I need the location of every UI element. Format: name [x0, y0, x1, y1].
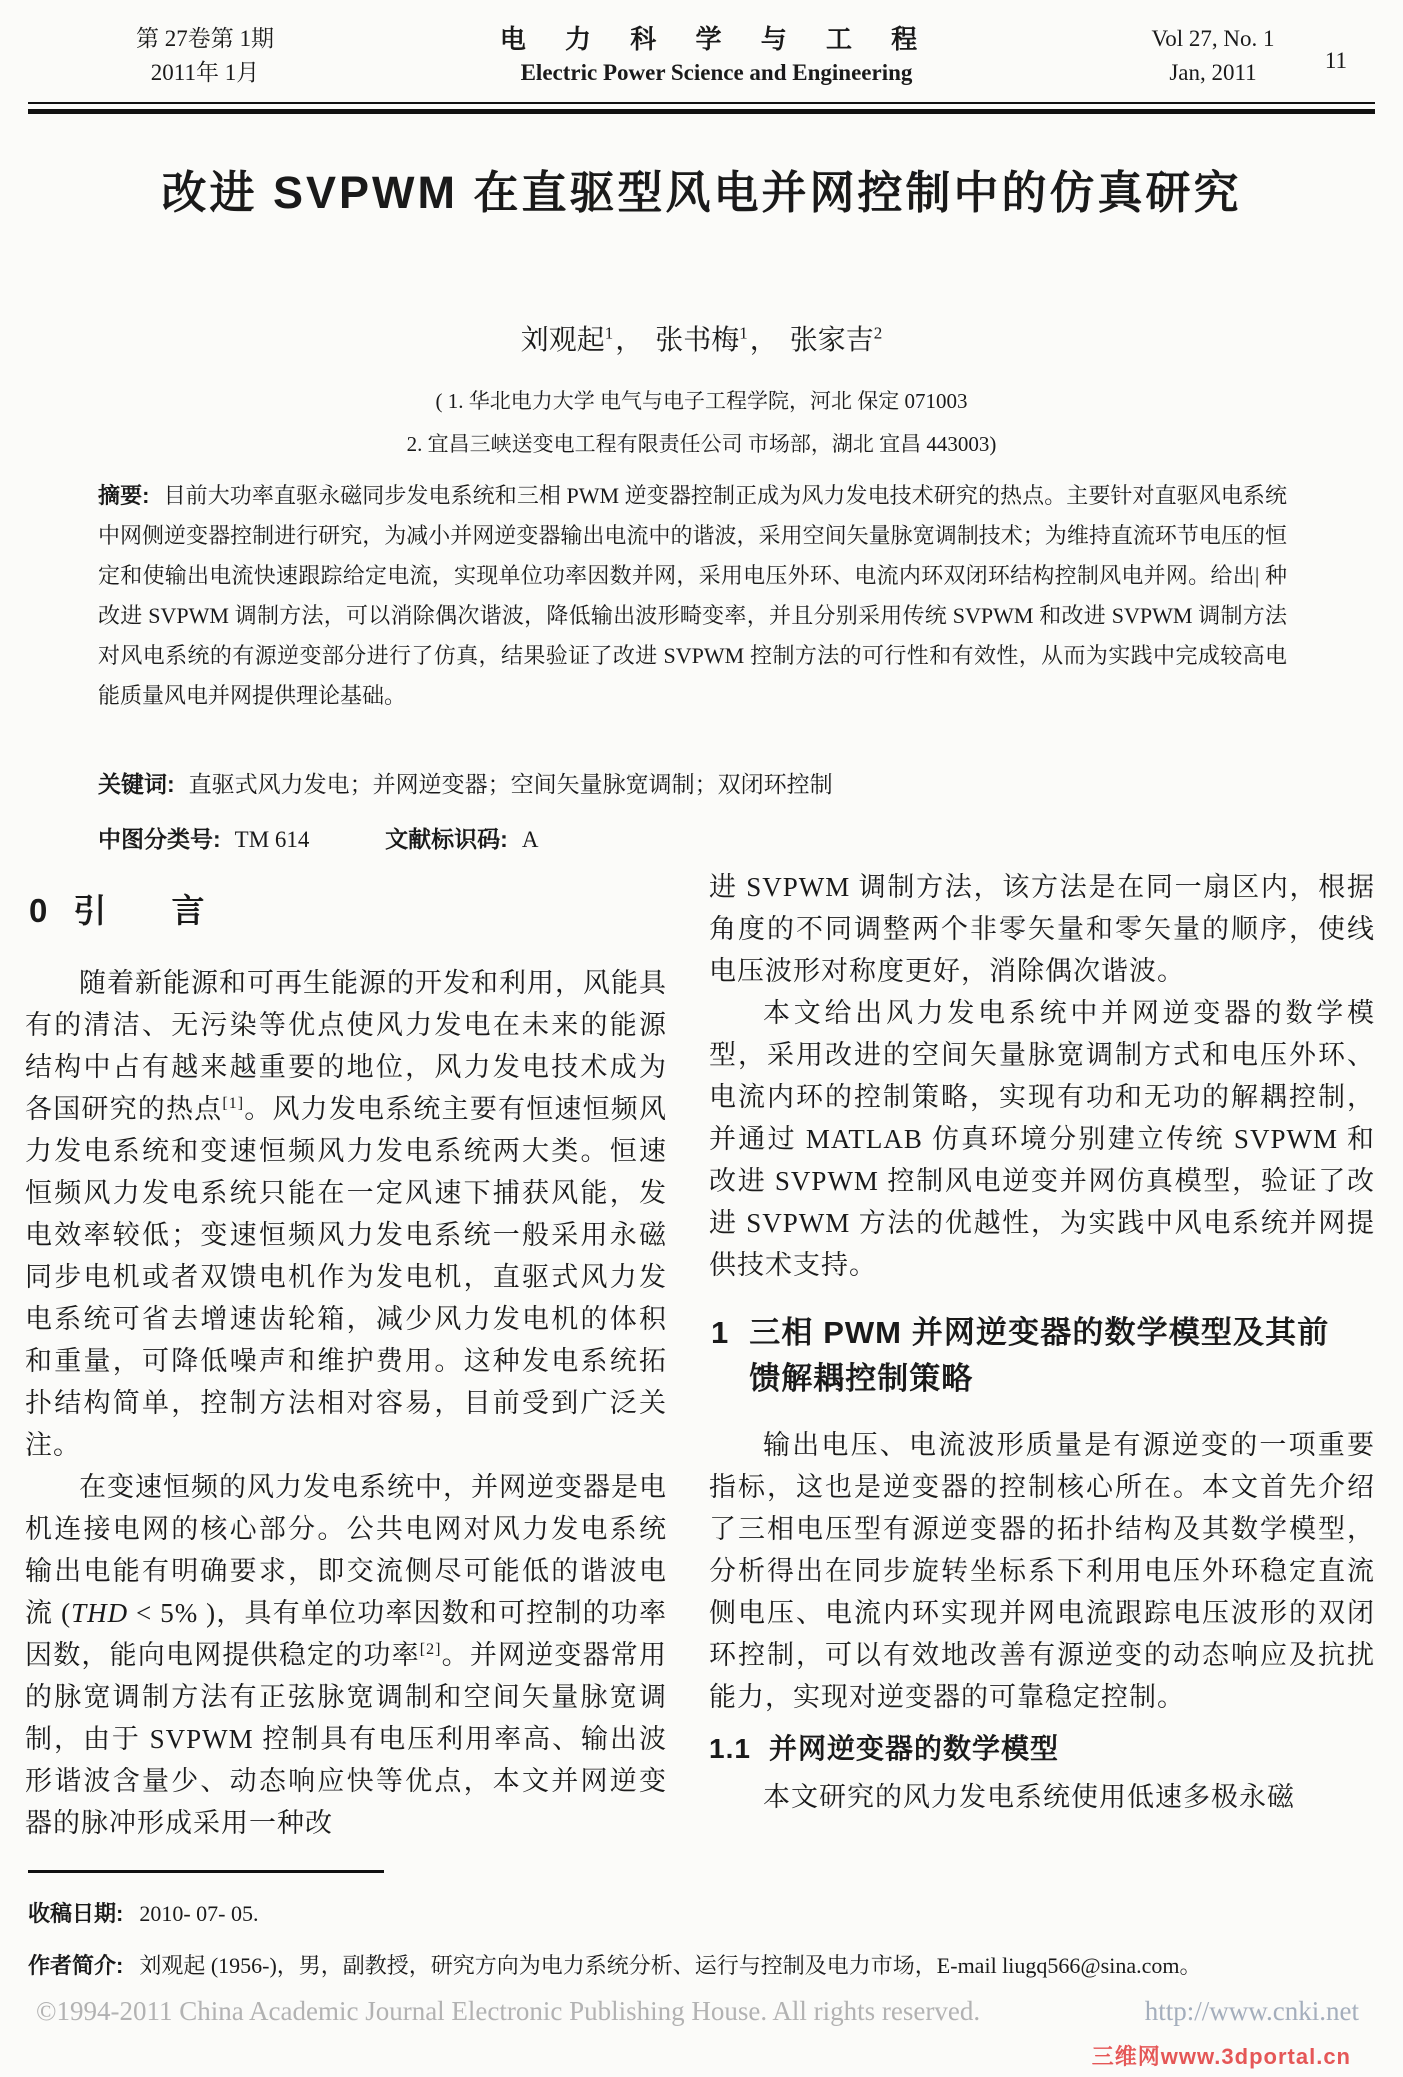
reference-superscript: [1] [222, 1095, 244, 1112]
abstract-label: 摘要: [98, 483, 149, 508]
footnote-block: 收稿日期:2010- 07- 05. 作者简介:刘观起 (1956-)，男，副教… [28, 1870, 1373, 1999]
journal-header: 第 27卷第 1期 2011年 1月 电 力 科 学 与 工 程 Electri… [40, 22, 1363, 90]
received-date-line: 收稿日期:2010- 07- 05. [28, 1895, 1373, 1933]
body-paragraph: 本文给出风力发电系统中并网逆变器的数学模型，采用改进的空间矢量脉宽调制方式和电压… [709, 992, 1375, 1286]
journal-title-en: Electric Power Science and Engineering [370, 56, 1063, 90]
clc-value: TM 614 [235, 827, 310, 852]
clc-line: 中图分类号:TM 614 文献标识码:A [98, 821, 1287, 854]
section-1-heading: 1 三相 PWM 并网逆变器的数学模型及其前馈解耦控制策略 [709, 1310, 1375, 1402]
section-number: 0 [29, 890, 47, 932]
journal-title-cn: 电 力 科 学 与 工 程 [370, 22, 1063, 56]
abstract-text: 目前大功率直驱永磁同步发电系统和三相 PWM 逆变器控制正成为风力发电技术研究的… [98, 483, 1287, 708]
left-column: 0 引 言 随着新能源和可再生能源的开发和利用，风能具有的清洁、无污染等优点使风… [25, 866, 667, 1844]
page-number: 11 [1325, 48, 1347, 74]
subsection-heading: 1.1并网逆变器的数学模型 [709, 1728, 1375, 1770]
footnote-rule [28, 1870, 384, 1873]
author-name: 刘观起 [521, 325, 605, 356]
intro-paragraph-2: 在变速恒频的风力发电系统中，并网逆变器是电机连接电网的核心部分。公共电网对风力发… [25, 1466, 667, 1844]
author-3: 张家吉2 [790, 325, 883, 356]
author-superscript: 1 [605, 324, 614, 343]
copyright-text: ©1994-2011 China Academic Journal Electr… [36, 1996, 980, 2027]
author-name: 张书梅 [655, 325, 739, 356]
author-bio-label: 作者简介: [28, 1953, 123, 1978]
cnki-url: http://www.cnki.net [1145, 1996, 1359, 2027]
abstract-block: 摘要:目前大功率直驱永磁同步发电系统和三相 PWM 逆变器控制正成为风力发电技术… [98, 476, 1287, 716]
header-center: 电 力 科 学 与 工 程 Electric Power Science and… [370, 22, 1063, 90]
section-number: 1 [711, 1310, 729, 1402]
section-title: 三相 PWM 并网逆变器的数学模型及其前馈解耦控制策略 [749, 1310, 1329, 1402]
author-bio-line: 作者简介:刘观起 (1956-)，男，副教授，研究方向为电力系统分析、运行与控制… [28, 1947, 1373, 1985]
keywords-label: 关键词: [98, 771, 175, 797]
journal-page: 第 27卷第 1期 2011年 1月 电 力 科 学 与 工 程 Electri… [0, 0, 1403, 2077]
article-title: 改进 SVPWM 在直驱型风电并网控制中的仿真研究 [0, 156, 1403, 221]
section-0-heading: 0 引 言 [29, 890, 667, 932]
doc-code-label: 文献标识码: [385, 826, 508, 852]
volume-issue-cn: 第 27卷第 1期 [40, 22, 370, 56]
intro-paragraph-1: 随着新能源和可再生能源的开发和利用，风能具有的清洁、无污染等优点使风力发电在未来… [25, 962, 667, 1466]
author-1: 刘观起1 [521, 325, 614, 356]
volume-issue-en: Vol 27, No. 1 [1063, 22, 1363, 56]
affiliations: ( 1. 华北电力大学 电气与电子工程学院，河北 保定 071003 2. 宜昌… [0, 380, 1403, 466]
continued-paragraph: 进 SVPWM 调制方法，该方法是在同一扇区内，根据角度的不同调整两个非零矢量和… [709, 866, 1375, 992]
body-paragraph: 本文研究的风力发电系统使用低速多极永磁 [709, 1776, 1375, 1818]
red-watermark: 三维网www.3dportal.cn [1092, 2040, 1351, 2071]
received-date-label: 收稿日期: [28, 1901, 123, 1926]
author-name: 张家吉 [790, 325, 874, 356]
doc-code-value: A [522, 827, 539, 852]
header-left: 第 27卷第 1期 2011年 1月 [40, 22, 370, 90]
section-title: 引 言 [73, 890, 232, 932]
authors-line: 刘观起1，张书梅1，张家吉2 [0, 318, 1403, 358]
header-rule [28, 102, 1375, 114]
subsection-title: 并网逆变器的数学模型 [769, 1733, 1059, 1764]
keywords-text: 直驱式风力发电；并网逆变器；空间矢量脉宽调制；双闭环控制 [189, 772, 833, 797]
clc-label: 中图分类号: [98, 826, 221, 852]
italic-term: THD [71, 1598, 128, 1628]
keywords-line: 关键词:直驱式风力发电；并网逆变器；空间矢量脉宽调制；双闭环控制 [98, 766, 1287, 799]
date-en: Jan, 2011 [1063, 56, 1363, 90]
subsection-number: 1.1 [709, 1733, 751, 1764]
author-2: 张书梅1 [655, 325, 748, 356]
paragraph-text: 。风力发电系统主要有恒速恒频风力发电系统和变速恒频风力发电系统两大类。恒速恒频风… [25, 1094, 667, 1460]
reference-superscript: [2] [420, 1641, 442, 1658]
body-columns: 0 引 言 随着新能源和可再生能源的开发和利用，风能具有的清洁、无污染等优点使风… [25, 866, 1375, 1844]
date-cn: 2011年 1月 [40, 56, 370, 90]
author-superscript: 2 [874, 324, 883, 343]
affiliation-line: ( 1. 华北电力大学 电气与电子工程学院，河北 保定 071003 [0, 380, 1403, 423]
author-separator: ， [750, 325, 778, 356]
author-superscript: 1 [739, 324, 748, 343]
affiliation-line: 2. 宜昌三峡送变电工程有限责任公司 市场部，湖北 宜昌 443003) [0, 423, 1403, 466]
author-bio-value: 刘观起 (1956-)，男，副教授，研究方向为电力系统分析、运行与控制及电力市场… [139, 1953, 1201, 1978]
received-date-value: 2010- 07- 05. [139, 1901, 258, 1926]
right-column: 进 SVPWM 调制方法，该方法是在同一扇区内，根据角度的不同调整两个非零矢量和… [709, 866, 1375, 1844]
body-paragraph: 输出电压、电流波形质量是有源逆变的一项重要指标，这也是逆变器的控制核心所在。本文… [709, 1424, 1375, 1718]
author-separator: ， [615, 325, 643, 356]
header-right: Vol 27, No. 1 Jan, 2011 [1063, 22, 1363, 90]
copyright-watermark: ©1994-2011 China Academic Journal Electr… [36, 1996, 1359, 2027]
